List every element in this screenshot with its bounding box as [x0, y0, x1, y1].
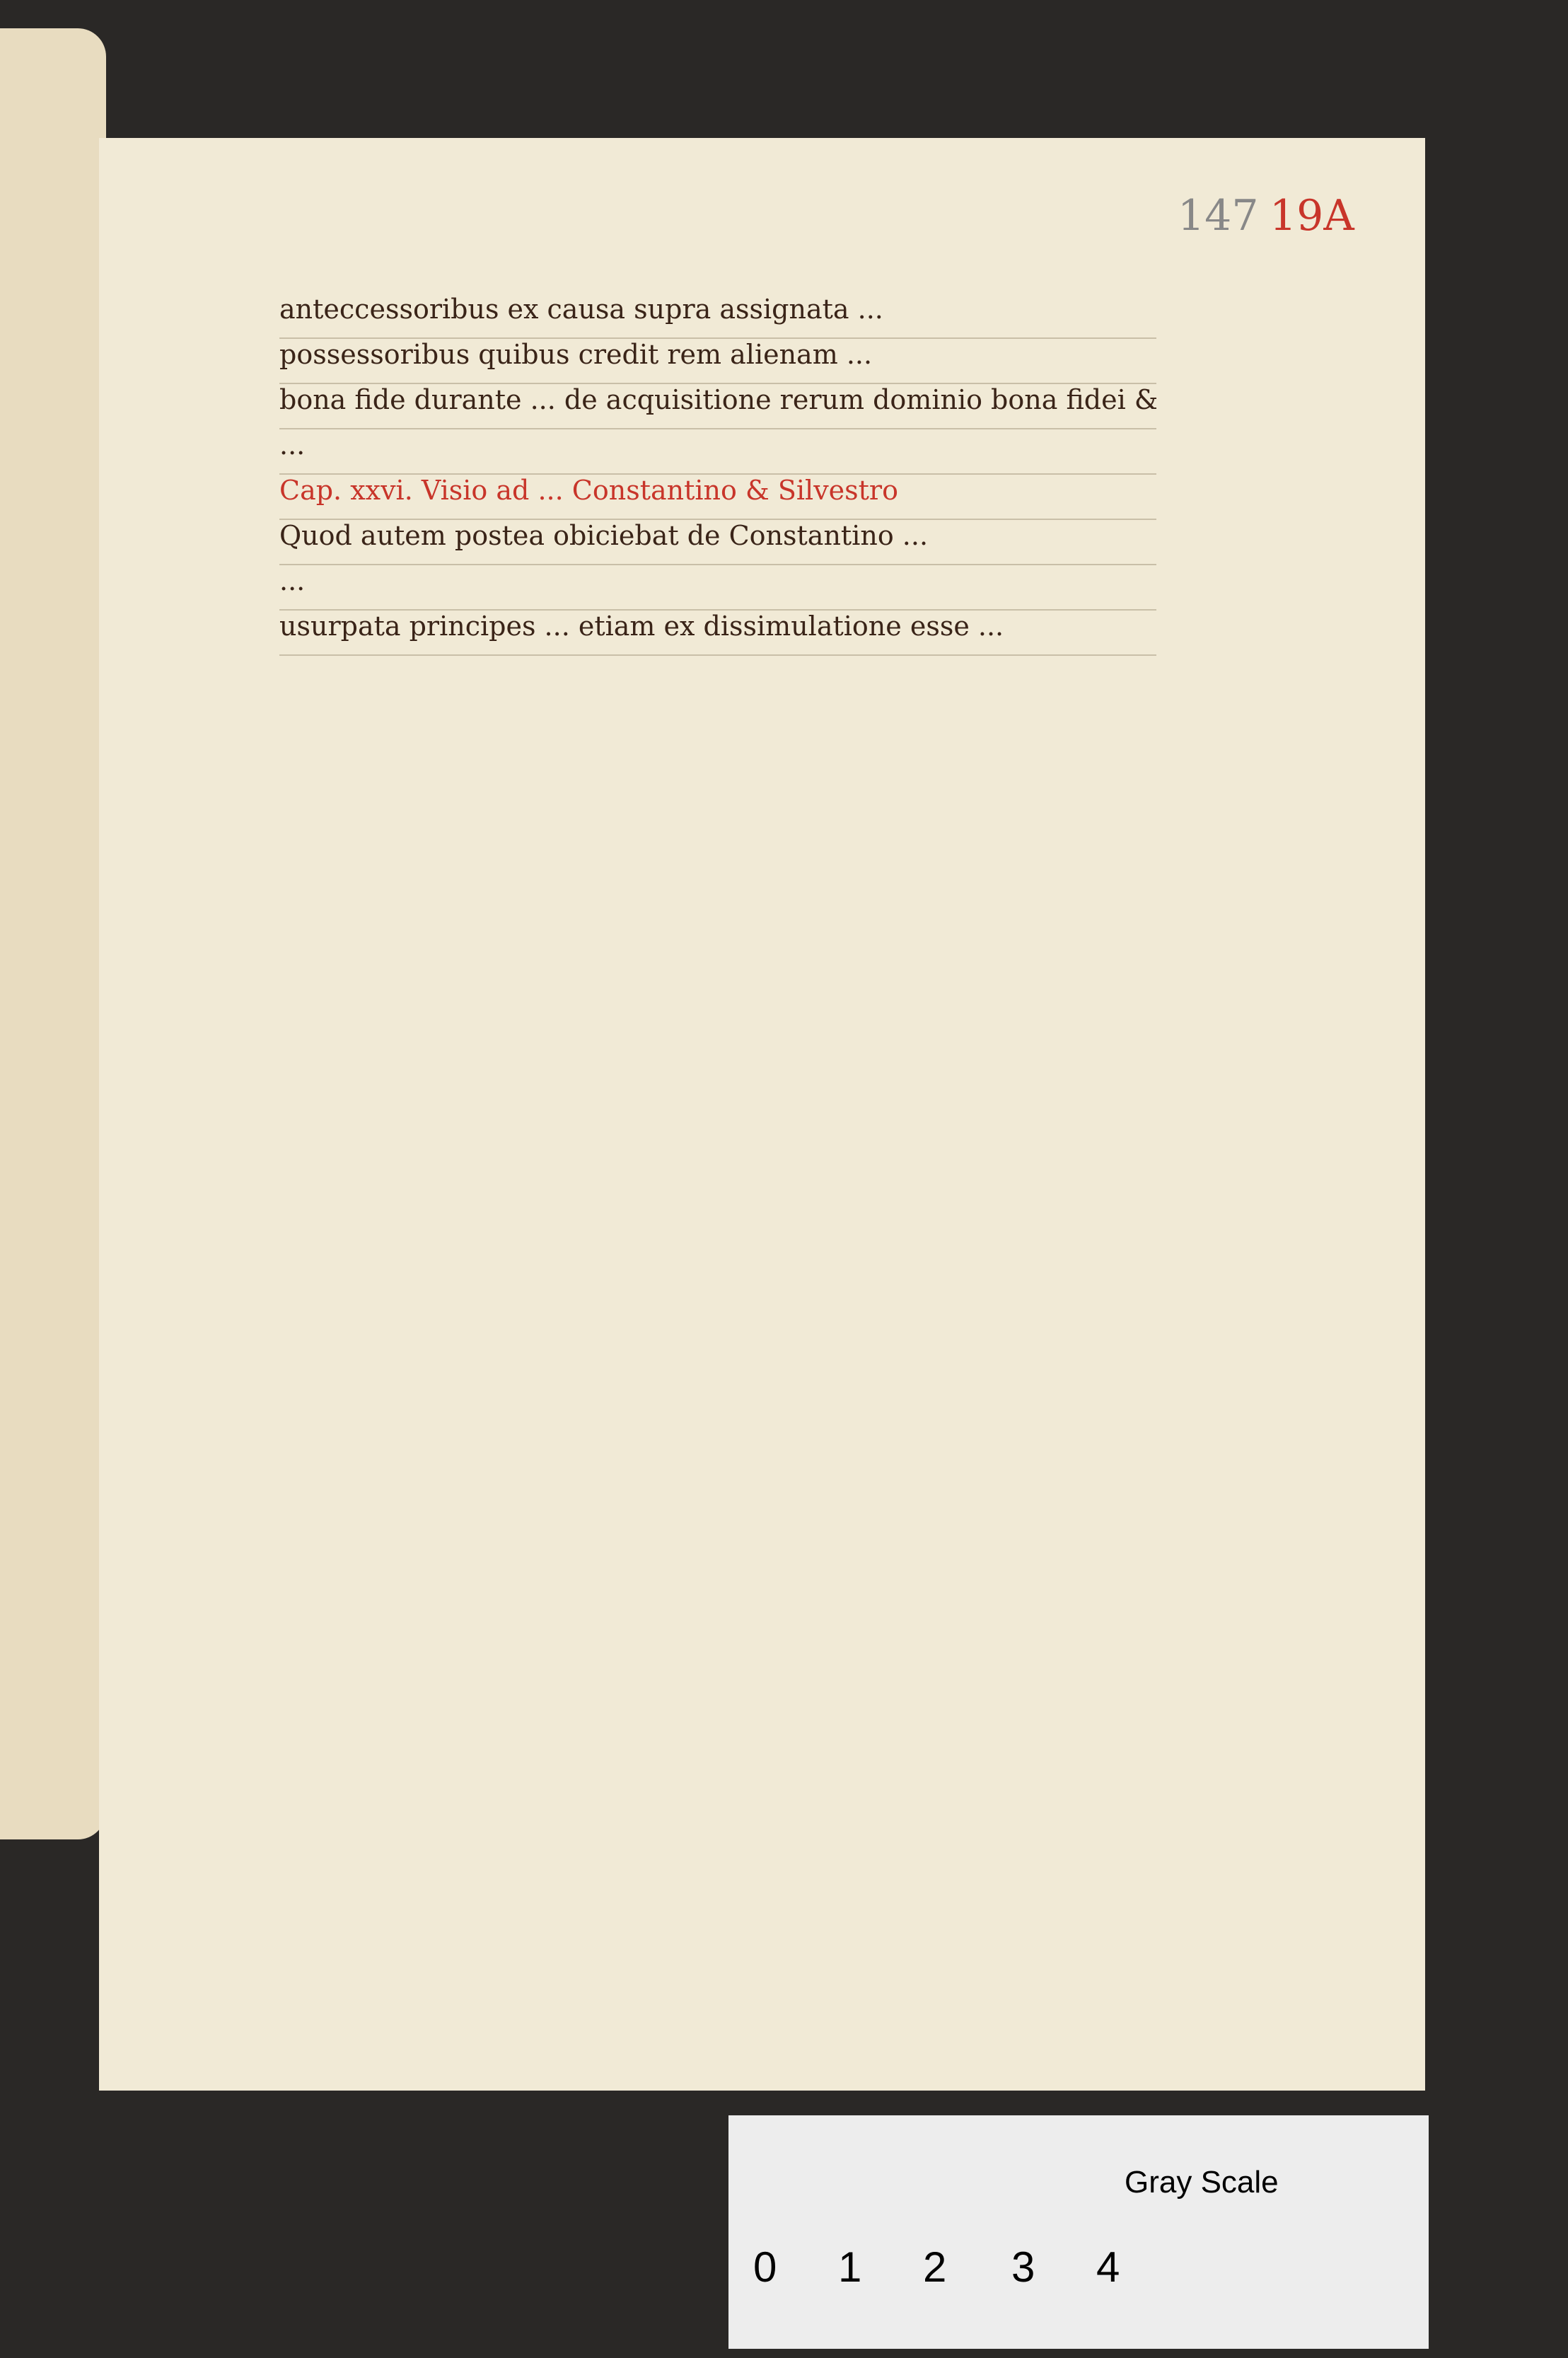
text-line: usurpata principes ... etiam ex dissimul… — [279, 611, 1156, 656]
text-line: anteccessoribus ex causa supra assignata… — [279, 294, 1156, 339]
text-block: anteccessoribus ex causa supra assignata… — [279, 294, 1156, 656]
text-line: Quod autem postea obiciebat de Constanti… — [279, 520, 1156, 565]
facing-page — [0, 28, 106, 1839]
scale-label: 0 — [753, 2243, 777, 2291]
pencil-folio: 147 — [1178, 191, 1259, 241]
rubric-heading: Cap. xxvi. Visio ad ... Constantino & Si… — [279, 475, 1156, 520]
scale-label: 2 — [923, 2243, 946, 2291]
text-line: possessoribus quibus credit rem alienam … — [279, 339, 1156, 384]
scale-label: 1 — [838, 2243, 861, 2291]
text-line: ... — [279, 565, 1156, 611]
color-scale-bar — [728, 2115, 1429, 2349]
red-folio: 19A — [1270, 191, 1354, 241]
text-line: bona fide durante ... de acquisitione re… — [279, 384, 1156, 429]
scale-label: 4 — [1096, 2243, 1120, 2291]
scale-label: 3 — [1011, 2243, 1035, 2291]
text-line: ... — [279, 429, 1156, 475]
gray-scale-label: Gray Scale — [1125, 2165, 1279, 2200]
